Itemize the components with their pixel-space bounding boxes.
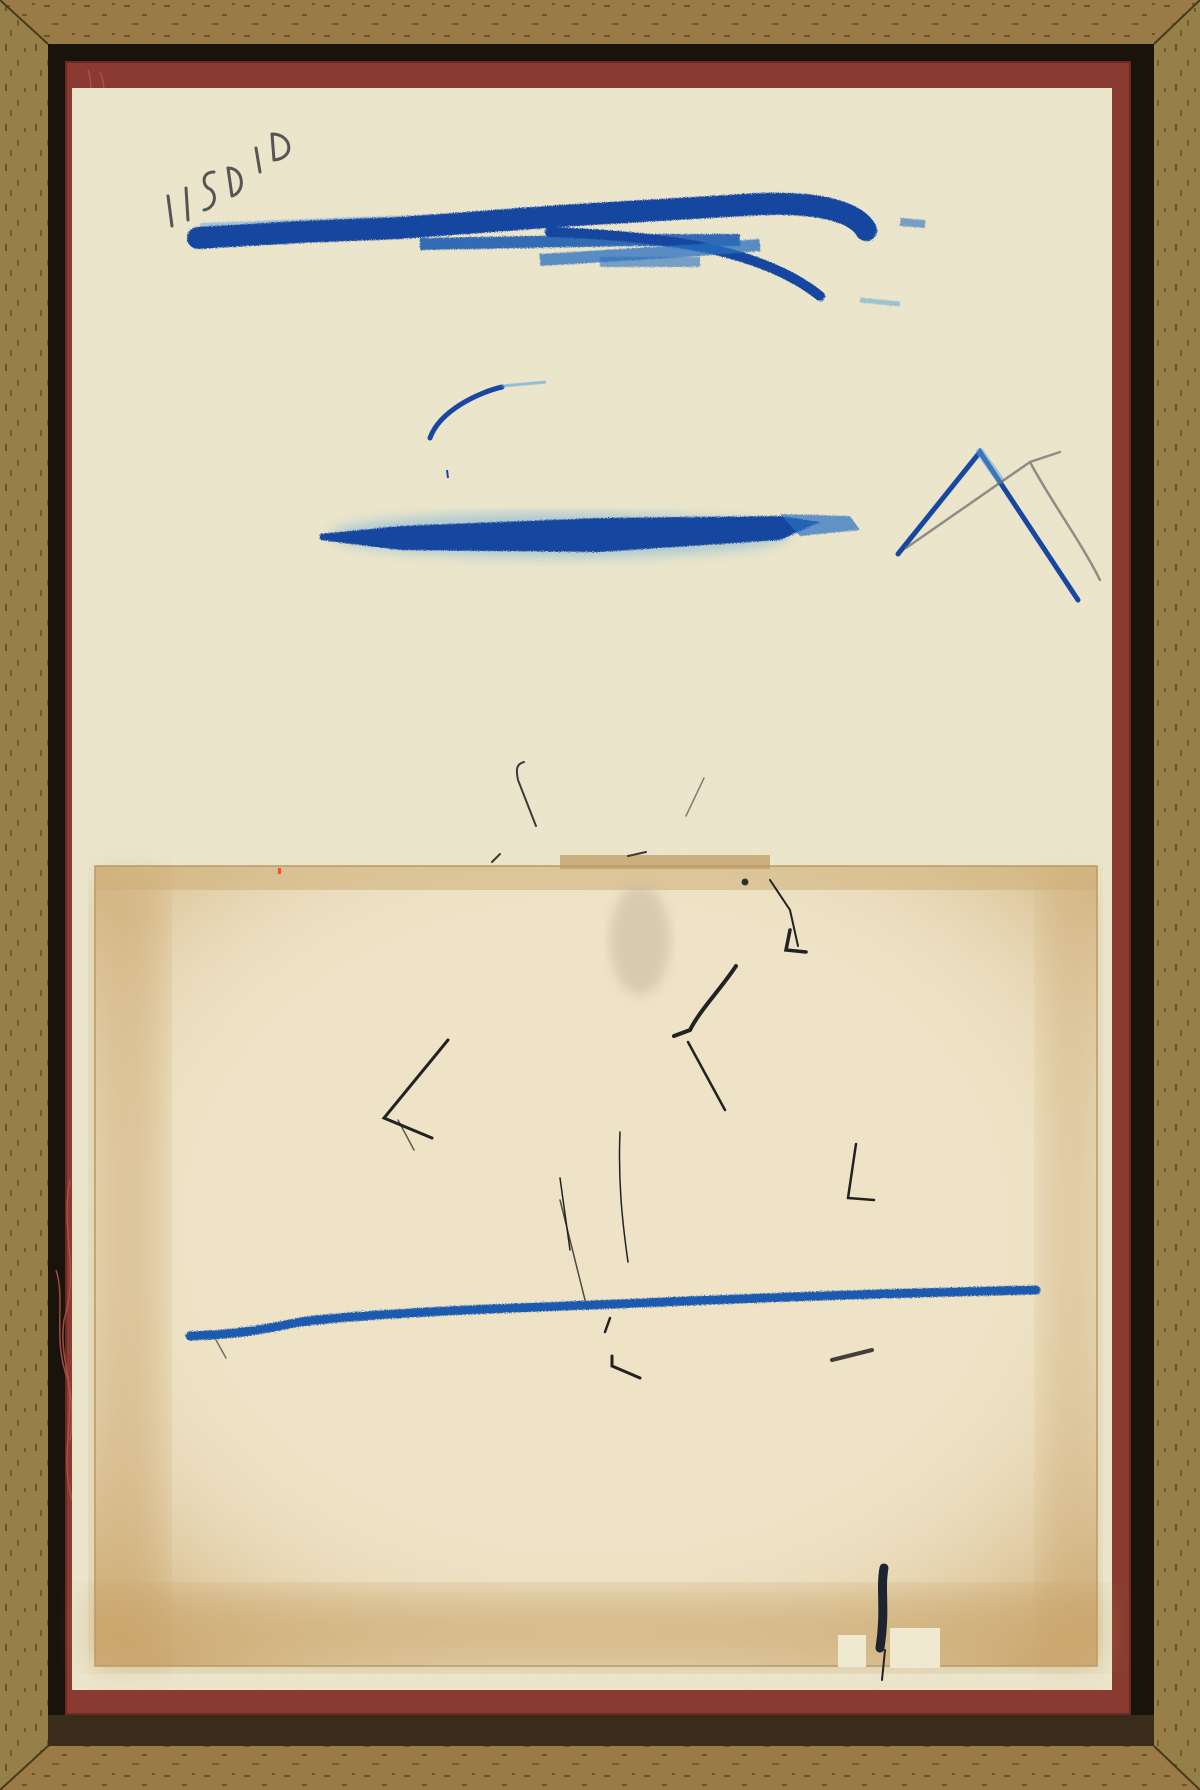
- stained-sheet: [95, 855, 1097, 1668]
- artwork-canvas: [0, 0, 1200, 1790]
- red-speck: [278, 868, 281, 874]
- artwork-photo: 115010 Framed abstract drawing: blue cra…: [0, 0, 1200, 1790]
